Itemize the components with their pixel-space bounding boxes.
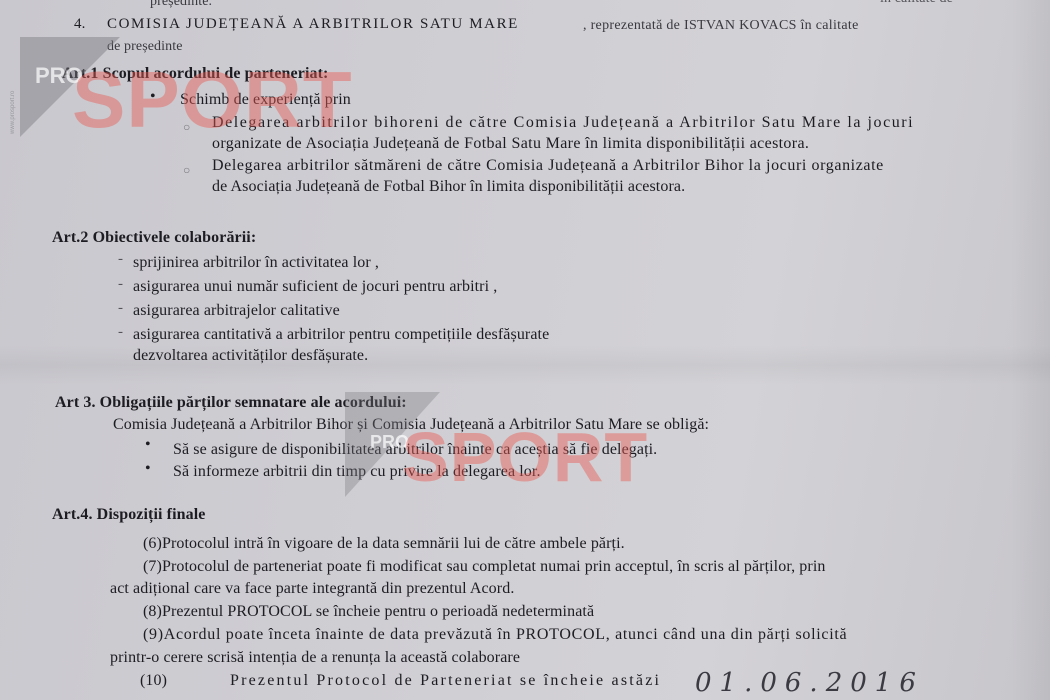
art1-sub1-line1: Delegarea arbitrilor bihoreni de către C… bbox=[212, 114, 914, 132]
dash-icon: - bbox=[118, 300, 123, 317]
art4-p7-line1: (7)Protocolul de parteneriat poate fi mo… bbox=[143, 558, 825, 576]
item4-number: 4. bbox=[74, 16, 85, 33]
handwritten-date: 01.06.2016 bbox=[695, 668, 924, 698]
top-fragment: președinte. bbox=[150, 0, 212, 10]
document-page: președinte. în calitate de 4. COMISIA JU… bbox=[0, 0, 1050, 700]
dash-icon: - bbox=[118, 251, 123, 268]
paper-edge-shadow bbox=[1010, 0, 1050, 700]
art1-sub2-line1: Delegarea arbitrilor sătmăreni de către … bbox=[212, 157, 884, 175]
circle-bullet-icon: ○ bbox=[183, 163, 190, 178]
art2-item-1: sprijinirea arbitrilor în activitatea lo… bbox=[133, 254, 379, 272]
art2-item-2: asigurarea unui număr suficient de jocur… bbox=[133, 278, 497, 296]
art1-bullet: Schimb de experiență prin bbox=[180, 91, 351, 109]
circle-bullet-icon: ○ bbox=[183, 120, 190, 135]
bullet-icon: • bbox=[150, 88, 156, 106]
art4-p9-line1: (9)Acordul poate înceta înainte de data … bbox=[143, 626, 847, 644]
art4-p7-line2: act adițional care va face parte integra… bbox=[110, 580, 514, 598]
art1-sub2-line2: de Asociația Județeană de Fotbal Bihor î… bbox=[212, 178, 685, 196]
item4-continuation: de președinte bbox=[107, 39, 183, 55]
art1-sub1-line2: organizate de Asociația Județeană de Fot… bbox=[212, 135, 809, 153]
top-right-fragment: în calitate de bbox=[880, 0, 953, 7]
watermark-side-url: www.prosport.ro bbox=[10, 38, 18, 134]
art4-p9-line2: printr-o cerere scrisă intenția de a ren… bbox=[110, 649, 520, 667]
bullet-icon: • bbox=[145, 460, 151, 478]
art4-p10-text: Prezentul Protocol de Parteneriat se înc… bbox=[230, 672, 661, 690]
art3-intro: Comisia Județeană a Arbitrilor Bihor și … bbox=[113, 416, 709, 434]
art2-item-4: asigurarea cantitativă a arbitrilor pent… bbox=[133, 326, 549, 344]
art3-item-2: Să informeze arbitrii din timp cu privir… bbox=[173, 463, 541, 481]
item4-rest: , reprezentată de ISTVAN KOVACS în calit… bbox=[583, 18, 859, 34]
art4-p8: (8)Prezentul PROTOCOL se încheie pentru … bbox=[143, 603, 594, 621]
art4-p6: (6)Protocolul intră în vigoare de la dat… bbox=[143, 535, 625, 553]
art3-item-1: Să se asigure de disponibilitatea arbitr… bbox=[173, 441, 657, 459]
item4-title: COMISIA JUDEȚEANĂ A ARBITRILOR SATU MARE bbox=[107, 16, 519, 33]
dash-icon: - bbox=[118, 324, 123, 341]
art3-heading: Art 3. Obligațiile părților semnatare al… bbox=[55, 394, 407, 412]
paper-fold-shadow bbox=[0, 345, 1050, 385]
bullet-icon: • bbox=[145, 436, 151, 454]
art2-item-3: asigurarea arbitrajelor calitative bbox=[133, 302, 340, 320]
art4-heading: Art.4. Dispoziții finale bbox=[52, 506, 206, 524]
art4-p10-number: (10) bbox=[140, 672, 167, 690]
art2-heading: Art.2 Obiectivele colaborării: bbox=[52, 229, 256, 247]
art1-heading: Art.1 Scopul acordului de parteneriat: bbox=[62, 65, 328, 83]
dash-icon: - bbox=[118, 276, 123, 293]
